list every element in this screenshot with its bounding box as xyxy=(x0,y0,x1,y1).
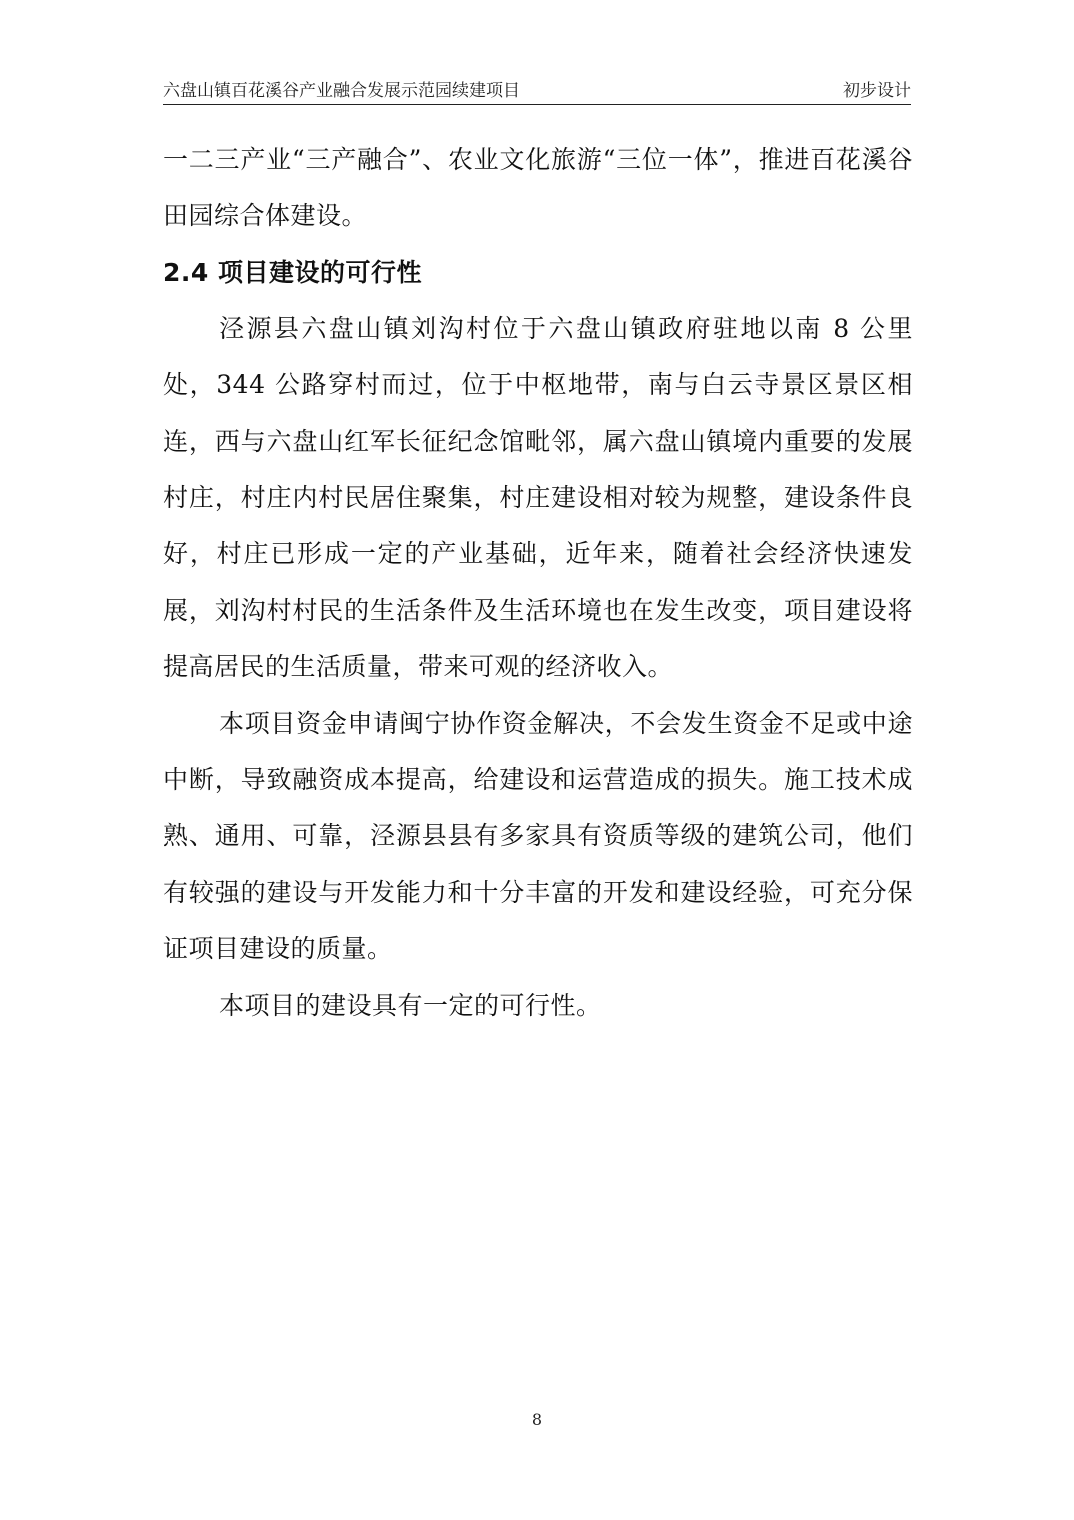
section-heading: 2.4 项目建设的可行性 xyxy=(163,245,913,301)
paragraph-funding: 本项目资金申请闽宁协作资金解决，不会发生资金不足或中途中断，导致融资成本提高，给… xyxy=(163,696,913,978)
page-header: 六盘山镇百花溪谷产业融合发展示范园续建项目 初步设计 xyxy=(163,76,911,105)
paragraph-conclusion: 本项目的建设具有一定的可行性。 xyxy=(163,978,913,1034)
document-section-label: 初步设计 xyxy=(843,80,911,102)
page-number: 8 xyxy=(0,1410,1074,1429)
paragraph-location: 泾源县六盘山镇刘沟村位于六盘山镇政府驻地以南 8 公里处，344 公路穿村而过，… xyxy=(163,301,913,696)
continued-paragraph: 一二三产业“三产融合”、农业文化旅游“三位一体”，推进百花溪谷田园综合体建设。 xyxy=(163,132,913,245)
document-title: 六盘山镇百花溪谷产业融合发展示范园续建项目 xyxy=(163,80,520,102)
page-content: 一二三产业“三产融合”、农业文化旅游“三位一体”，推进百花溪谷田园综合体建设。 … xyxy=(163,132,913,1034)
